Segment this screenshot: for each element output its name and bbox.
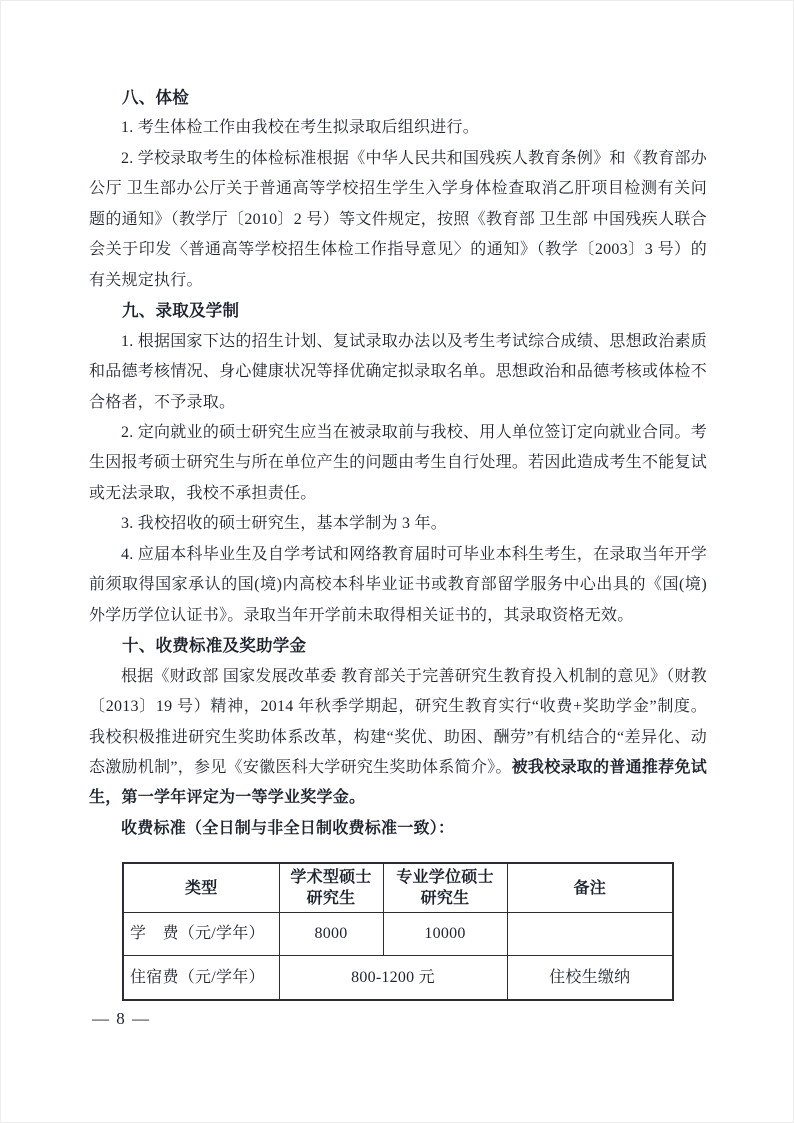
fee-table-row-tuition: 学 费（元/学年） 8000 10000 [123,913,673,956]
paragraph-admission-3: 3. 我校招收的硕士研究生，基本学制为 3 年。 [89,509,707,539]
document-body: 八、体检 1. 考生体检工作由我校在考生拟录取后组织进行。 2. 学校录取考生的… [89,83,707,1001]
page-number: — 8 — [92,1009,151,1029]
section-heading-admission: 九、录取及学制 [89,296,707,326]
fee-table: 类型 学术型硕士 研究生 专业学位硕士 研究生 备注 学 费（元/学年） 800… [122,862,674,1001]
section-heading-physical-exam: 八、体检 [89,83,707,113]
paragraph-fees-intro: 根据《财政部 国家发展改革委 教育部关于完善研究生教育投入机制的意见》（财教〔2… [89,662,707,814]
fee-table-row-accommodation: 住宿费（元/学年） 800-1200 元 住校生缴纳 [123,956,673,1001]
cell-accommodation-note: 住校生缴纳 [507,956,673,1001]
header-cell-academic-master: 学术型硕士 研究生 [279,863,383,913]
header-cell-note: 备注 [507,863,673,913]
paragraph-admission-1: 1. 根据国家下达的招生计划、复试录取办法以及考生考试综合成绩、思想政治素质和品… [89,327,707,418]
paragraph-admission-4: 4. 应届本科毕业生及自学考试和网络教育届时可毕业本科生考生，在录取当年开学前须… [89,540,707,631]
cell-tuition-professional: 10000 [383,913,507,956]
header-cell-professional-master: 专业学位硕士 研究生 [383,863,507,913]
fee-table-header-row: 类型 学术型硕士 研究生 专业学位硕士 研究生 备注 [123,863,673,913]
cell-accommodation-value: 800-1200 元 [279,956,507,1001]
paragraph-physical-exam-2: 2. 学校录取考生的体检标准根据《中华人民共和国残疾人教育条例》和《教育部办公厅… [89,144,707,296]
fee-table-caption: 收费标准（全日制与非全日制收费标准一致）： [89,814,707,844]
cell-tuition-label: 学 费（元/学年） [123,913,279,956]
paragraph-admission-2: 2. 定向就业的硕士研究生应当在被录取前与我校、用人单位签订定向就业合同。考生因… [89,418,707,509]
cell-tuition-note [507,913,673,956]
header-cell-type: 类型 [123,863,279,913]
section-heading-fees: 十、收费标准及奖助学金 [89,631,707,661]
cell-tuition-academic: 8000 [279,913,383,956]
pdf-page: { "page": { "footer_page_number": "— 8 —… [0,0,794,1123]
cell-accommodation-label: 住宿费（元/学年） [123,956,279,1001]
paragraph-physical-exam-1: 1. 考生体检工作由我校在考生拟录取后组织进行。 [89,113,707,143]
